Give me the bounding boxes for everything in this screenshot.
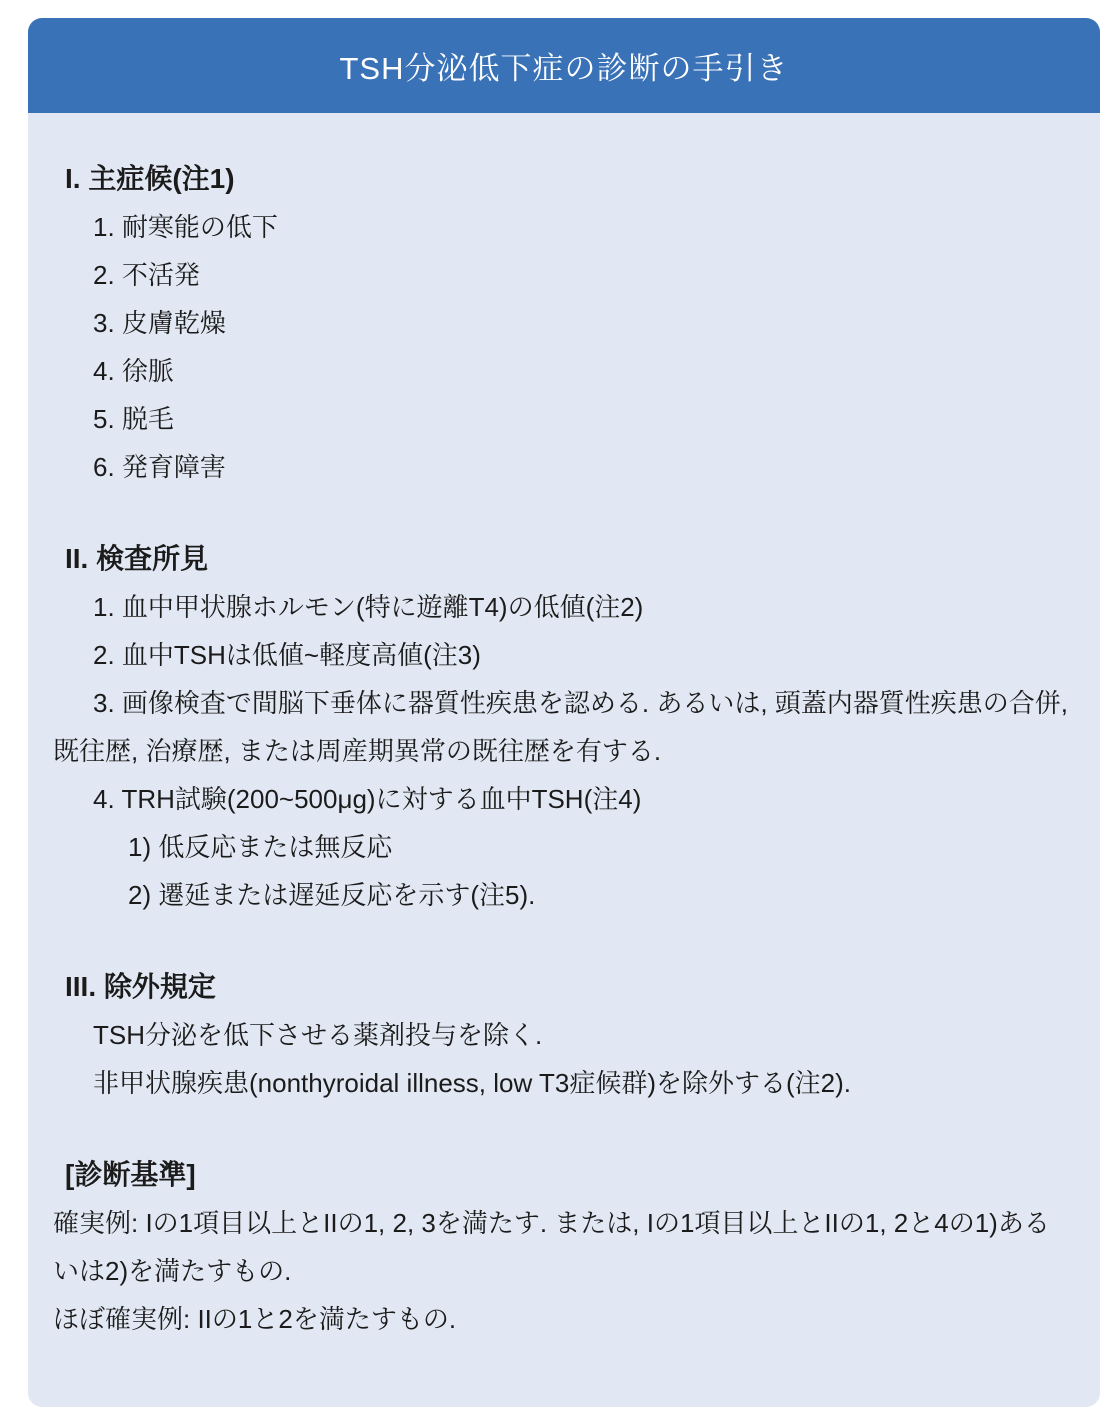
- section-3-item-1: TSH分泌を低下させる薬剤投与を除く.: [53, 1011, 1075, 1059]
- section-1-item-5: 5. 脱毛: [53, 395, 1075, 443]
- section-3-heading: III. 除外規定: [53, 963, 1075, 1011]
- page-title: TSH分泌低下症の診断の手引き: [340, 43, 789, 88]
- card-header: TSH分泌低下症の診断の手引き: [28, 18, 1100, 113]
- page: TSH分泌低下症の診断の手引き I. 主症候(注1) 1. 耐寒能の低下 2. …: [0, 0, 1118, 1424]
- section-3-item-2: 非甲状腺疾患(nonthyroidal illness, low T3症候群)を…: [53, 1059, 1075, 1107]
- section-1-heading: I. 主症候(注1): [53, 155, 1075, 203]
- card-body: I. 主症候(注1) 1. 耐寒能の低下 2. 不活発 3. 皮膚乾燥 4. 徐…: [28, 113, 1100, 1407]
- section-2-item-1: 1. 血中甲状腺ホルモン(特に遊離T4)の低値(注2): [53, 583, 1075, 631]
- section-2-item-3: 3. 画像検査で間脳下垂体に器質性疾患を認める. あるいは, 頭蓋内器質性疾患の…: [53, 679, 1075, 775]
- section-1-item-1: 1. 耐寒能の低下: [53, 203, 1075, 251]
- section-2-item-2: 2. 血中TSHは低値~軽度高値(注3): [53, 631, 1075, 679]
- section-1-item-4: 4. 徐脈: [53, 347, 1075, 395]
- section-2-item-4: 4. TRH試験(200~500μg)に対する血中TSH(注4): [53, 775, 1075, 823]
- section-1-item-6: 6. 発育障害: [53, 443, 1075, 491]
- section-2-item-4-sub-1: 1) 低反応または無反応: [53, 823, 1075, 871]
- criteria-probable: ほぼ確実例: IIの1と2を満たすもの.: [53, 1295, 1075, 1343]
- section-2-heading: II. 検査所見: [53, 535, 1075, 583]
- criteria-heading: [診断基準]: [53, 1151, 1075, 1199]
- section-2-item-4-sub-2: 2) 遷延または遅延反応を示す(注5).: [53, 871, 1075, 919]
- section-1-item-3: 3. 皮膚乾燥: [53, 299, 1075, 347]
- guideline-card: TSH分泌低下症の診断の手引き I. 主症候(注1) 1. 耐寒能の低下 2. …: [28, 18, 1100, 1407]
- criteria-definite: 確実例: Iの1項目以上とIIの1, 2, 3を満たす. または, Iの1項目以…: [53, 1199, 1075, 1295]
- section-1-item-2: 2. 不活発: [53, 251, 1075, 299]
